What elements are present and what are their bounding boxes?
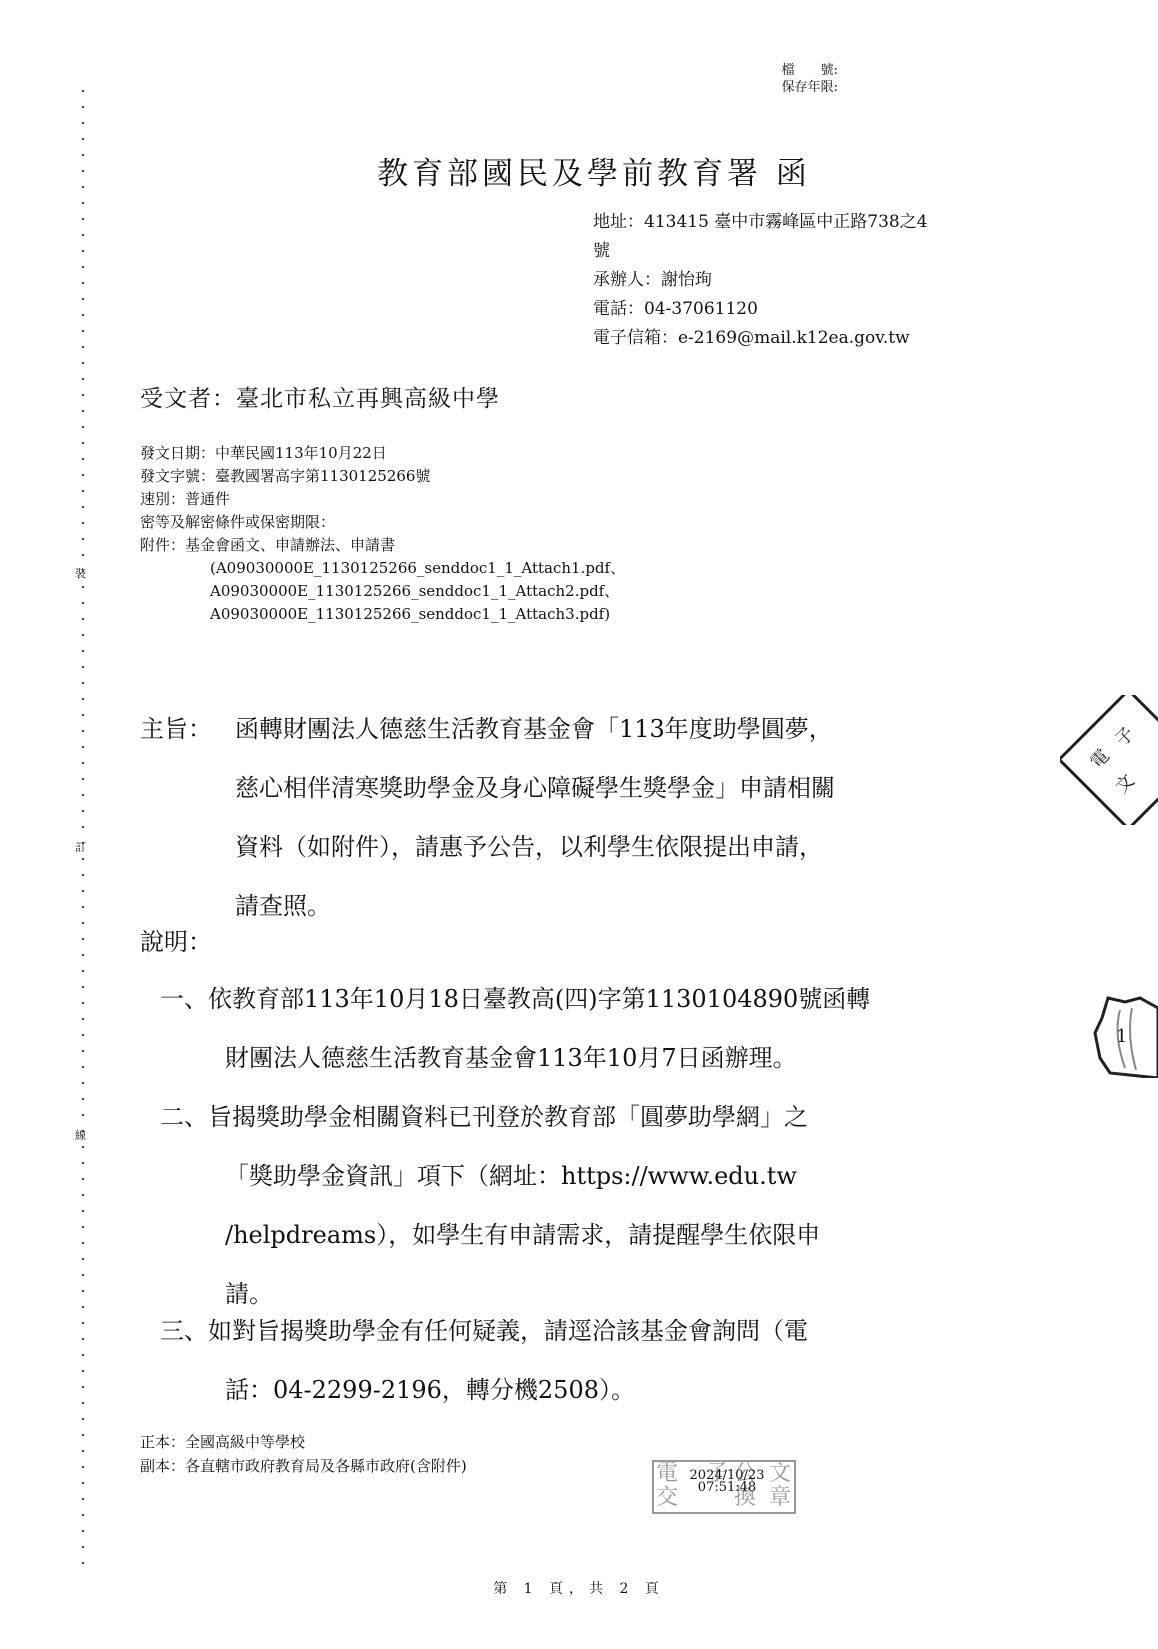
margin-dot [82,1226,84,1228]
margin-dot [82,1546,84,1548]
binding-label-xian: 線 [75,1130,86,1142]
margin-dot [82,1018,84,1020]
document-meta: 發文日期：中華民國113年10月22日 發文字號：臺教國署高字第11301252… [140,442,625,626]
margin-dot [82,826,84,828]
margin-dot [82,906,84,908]
margin-dot [82,538,84,540]
document-title: 教育部國民及學前教育署 函 [0,148,1158,193]
margin-dot [82,1418,84,1420]
issue-date: 發文日期：中華民國113年10月22日 [140,442,625,465]
margin-dot [82,122,84,124]
margin-dot [82,1002,84,1004]
margin-dot [82,586,84,588]
distribution: 正本：全國高級中等學校 副本：各直轄市政府教育局及各縣市政府(含附件) [140,1430,467,1478]
margin-dot [82,106,84,108]
margin-dot [82,202,84,204]
margin-dot [82,650,84,652]
subject-line-1: 函轉財團法人德慈生活教育基金會「113年度助學圓夢， [235,715,833,743]
margin-dot [82,426,84,428]
attachments-label: 附件：基金會函文、申請辦法、申請書 [140,534,625,557]
margin-dot [82,1210,84,1212]
margin-dot [82,1178,84,1180]
margin-dot [82,506,84,508]
security-level: 密等及解密條件或保密期限： [140,511,625,534]
margin-dot [82,1130,84,1132]
margin-dot [82,234,84,236]
margin-dot [82,554,84,556]
margin-dot [82,1466,84,1468]
document-number: 發文字號：臺教國署高字第1130125266號 [140,465,625,488]
margin-dot [82,970,84,972]
stamp-time: 07:51:48 [682,1482,772,1494]
margin-dot [82,90,84,92]
item-3-line-1: 三、如對旨揭獎助學金有任何疑義，請逕洽該基金會詢問（電 [160,1302,808,1361]
margin-dot [82,1146,84,1148]
margin-dot [82,1354,84,1356]
margin-dot [82,330,84,332]
subject-line-3: 資料（如附件），請惠予公告，以利學生依限提出申請， [140,818,835,877]
margin-dot [82,314,84,316]
item-2-line-3: /helpdreams），如學生有申請需求，請提醒學生依限申 [160,1206,820,1265]
item-1-line-1: 一、依教育部113年10月18日臺教高(四)字第1130104890號函轉 [160,970,870,1029]
stamp-char: 電 [656,1462,678,1486]
stamp-char: 交 [656,1486,678,1510]
margin-dot [82,762,84,764]
margin-dot [82,458,84,460]
margin-dot [82,362,84,364]
filing-info: 檔 號: 保存年限: [782,62,838,96]
subject-section: 主旨：函轉財團法人德慈生活教育基金會「113年度助學圓夢， 慈心相伴清寒獎助學金… [140,700,835,936]
stamp-char: 文 [769,1462,791,1486]
margin-dot [82,1370,84,1372]
email: 電子信箱：e-2169@mail.k12ea.gov.tw [593,324,928,353]
stamp-timestamp: 2024/10/23 07:51:48 [682,1470,772,1494]
margin-dot [82,442,84,444]
margin-dot [82,1162,84,1164]
margin-dot [82,1274,84,1276]
margin-dot [82,634,84,636]
margin-dot [82,1034,84,1036]
margin-dot [82,858,84,860]
margin-dot [82,698,84,700]
margin-dot [82,922,84,924]
margin-dot [82,986,84,988]
margin-dot [82,1530,84,1532]
margin-dot [82,938,84,940]
binding-margin: 裝 訂 線 [80,90,86,1570]
stamp-char: 章 [769,1486,791,1510]
explanation-item-3: 三、如對旨揭獎助學金有任何疑義，請逕洽該基金會詢問（電 話：04-2299-21… [160,1302,808,1420]
margin-dot [82,1514,84,1516]
margin-dot [82,1434,84,1436]
item-2-line-1: 二、旨揭獎助學金相關資料已刊登於教育部「圓夢助學網」之 [160,1088,820,1147]
contact-block: 地址：413415 臺中市霧峰區中正路738之4 號 承辦人：謝怡珣 電話：04… [593,208,928,353]
margin-dot [82,746,84,748]
recipient: 受文者：臺北市私立再興高級中學 [140,380,500,413]
margin-dot [82,714,84,716]
handler: 承辦人：謝怡珣 [593,266,928,295]
margin-dot [82,1338,84,1340]
electronic-exchange-stamp: 電 子 公 文 交 換 章 2024/10/23 07:51:48 [652,1460,796,1514]
margin-dot [82,1450,84,1452]
margin-dot [82,874,84,876]
margin-dot [82,1258,84,1260]
binding-label-ding: 訂 [75,842,86,854]
margin-dot [82,1082,84,1084]
margin-dot [82,138,84,140]
margin-dot [82,618,84,620]
margin-dot [82,1402,84,1404]
margin-dot [82,298,84,300]
margin-dot [82,794,84,796]
subject-line-2: 慈心相伴清寒獎助學金及身心障礙學生獎學金」申請相關 [140,759,835,818]
margin-dot [82,666,84,668]
margin-dot [82,522,84,524]
subject-line-4: 請查照。 [140,877,835,936]
margin-dot [82,682,84,684]
margin-dot [82,1050,84,1052]
margin-dot [82,810,84,812]
subject-label: 主旨： [140,700,235,759]
item-3-line-2: 話：04-2299-2196，轉分機2508）。 [160,1361,808,1420]
copy-recipients: 副本：各直轄市政府教育局及各縣市政府(含附件) [140,1454,467,1478]
address-line-1: 地址：413415 臺中市霧峰區中正路738之4 [593,208,928,237]
seal-page-stamp: 1 [1080,988,1158,1078]
phone: 電話：04-37061120 [593,295,928,324]
margin-dot [82,890,84,892]
margin-dot [82,842,84,844]
seal-diamond: 電 子 文 [1060,695,1158,825]
seal-page-number: 1 [1116,1026,1127,1047]
margin-dot [82,570,84,572]
retention-label: 保存年限: [782,79,838,96]
margin-dot [82,1066,84,1068]
margin-dot [82,250,84,252]
attachment-file-2[interactable]: A09030000E_1130125266_senddoc1_1_Attach2… [140,580,625,603]
margin-dot [82,1242,84,1244]
address-line-2: 號 [593,237,928,266]
margin-dot [82,266,84,268]
page-footer: 第 1 頁，共 2 頁 [0,1578,1158,1598]
margin-dot [82,490,84,492]
margin-dot [82,1482,84,1484]
margin-dot [82,378,84,380]
margin-dot [82,1098,84,1100]
item-1-line-2: 財團法人德慈生活教育基金會113年10月7日函辦理。 [160,1029,870,1088]
attachment-file-1[interactable]: (A09030000E_1130125266_senddoc1_1_Attach… [140,557,625,580]
margin-dot [82,954,84,956]
item-2-line-2: 「獎助學金資訊」項下（網址：https://www.edu.tw [160,1147,820,1206]
margin-dot [82,1290,84,1292]
explanation-item-2: 二、旨揭獎助學金相關資料已刊登於教育部「圓夢助學網」之 「獎助學金資訊」項下（網… [160,1088,820,1324]
margin-dot [82,602,84,604]
margin-dot [82,346,84,348]
urgency: 速別：普通件 [140,488,625,511]
margin-dot [82,394,84,396]
margin-dot [82,730,84,732]
margin-dot [82,778,84,780]
margin-dot [82,1386,84,1388]
explanation-label: 說明： [140,922,212,957]
margin-dot [82,1498,84,1500]
binding-label-zhuang: 裝 [75,568,86,580]
explanation-item-1: 一、依教育部113年10月18日臺教高(四)字第1130104890號函轉 財團… [160,970,870,1088]
margin-dot [82,1306,84,1308]
file-number-label: 檔 號: [782,62,838,79]
margin-dot [82,218,84,220]
margin-dot [82,410,84,412]
margin-dot [82,474,84,476]
margin-dot [82,1562,84,1564]
original-recipients: 正本：全國高級中等學校 [140,1430,467,1454]
attachment-file-3[interactable]: A09030000E_1130125266_senddoc1_1_Attach3… [140,603,625,626]
margin-dot [82,1114,84,1116]
margin-dot [82,1322,84,1324]
margin-dot [82,282,84,284]
margin-dot [82,1194,84,1196]
